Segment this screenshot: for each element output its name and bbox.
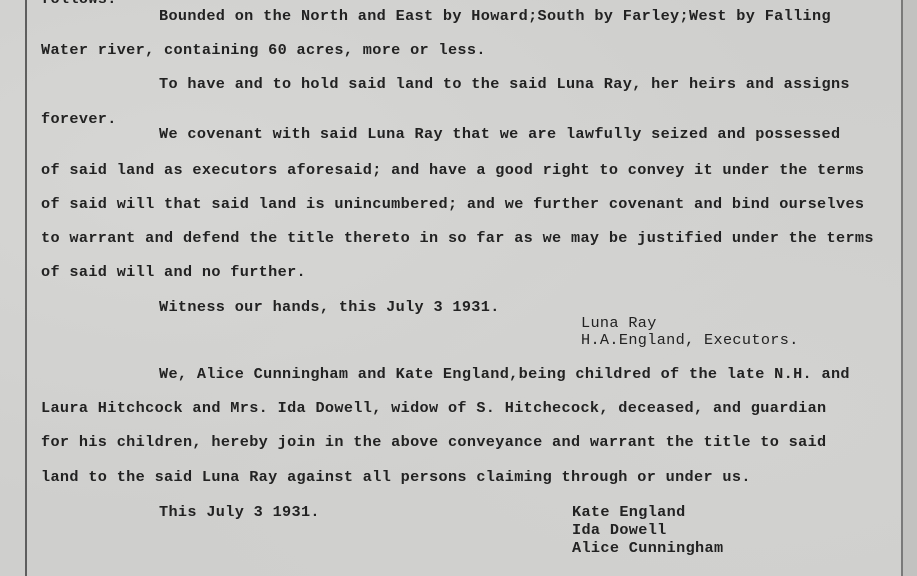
text-line-covenant: We covenant with said Luna Ray that we a… xyxy=(159,125,840,143)
signature-luna-ray: Luna Ray xyxy=(581,314,657,332)
left-margin-rule xyxy=(25,0,27,576)
text-line-follows: follows: xyxy=(41,0,117,8)
text-line-warrant: to warrant and defend the title thereto … xyxy=(41,229,874,247)
text-line-no-further: of said will and no further. xyxy=(41,263,306,281)
signature-ida-dowell: Ida Dowell xyxy=(572,521,667,539)
text-line-habendum: To have and to hold said land to the sai… xyxy=(159,75,850,93)
signature-kate-england: Kate England xyxy=(572,503,686,521)
text-line-water-river: Water river, containing 60 acres, more o… xyxy=(41,41,486,59)
joinder-line-1: We, Alice Cunningham and Kate England,be… xyxy=(159,365,850,383)
date-line: This July 3 1931. xyxy=(159,503,320,521)
text-line-forever: forever. xyxy=(41,110,117,128)
joinder-line-3: for his children, hereby join in the abo… xyxy=(41,433,827,451)
text-line-unincumbered: of said will that said land is unincumbe… xyxy=(41,195,864,213)
signature-ha-england: H.A.England, Executors. xyxy=(581,331,799,349)
document-page: follows: Bounded on the North and East b… xyxy=(0,0,917,576)
text-line-executors: of said land as executors aforesaid; and… xyxy=(41,161,864,179)
joinder-line-2: Laura Hitchcock and Mrs. Ida Dowell, wid… xyxy=(41,399,827,417)
joinder-line-4: land to the said Luna Ray against all pe… xyxy=(41,468,751,486)
signature-alice-cunningham: Alice Cunningham xyxy=(572,539,723,557)
text-line-witness: Witness our hands, this July 3 1931. xyxy=(159,298,500,316)
page-edge xyxy=(903,0,917,576)
text-line-bounded: Bounded on the North and East by Howard;… xyxy=(159,7,831,25)
